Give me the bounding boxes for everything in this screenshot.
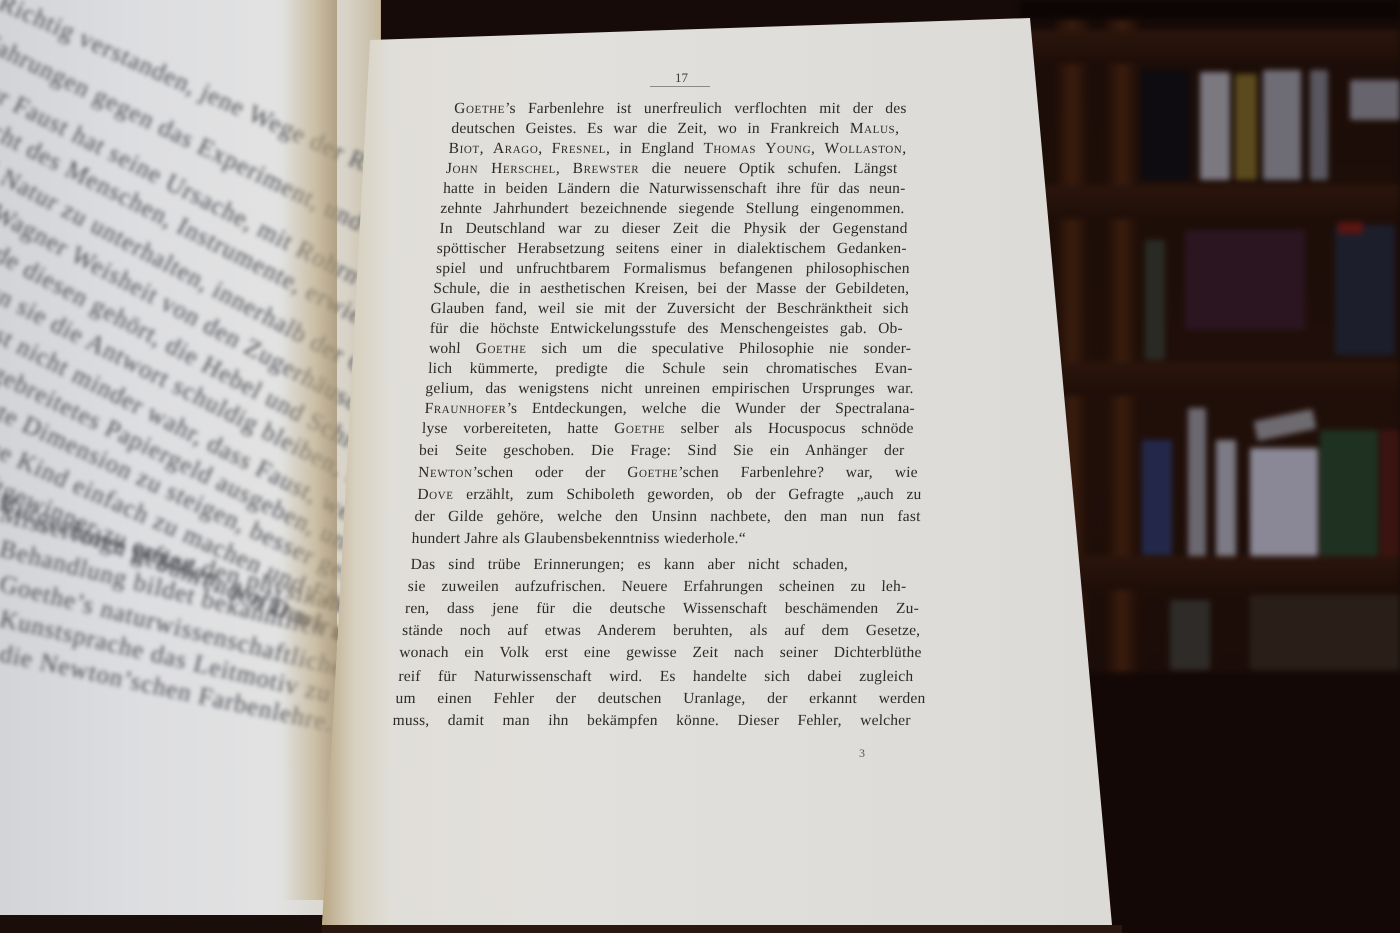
name-smallcaps: Brewster (572, 160, 639, 177)
book-spine (1254, 409, 1317, 441)
text-line: hatte in beiden Ländern die Naturwissens… (443, 180, 906, 198)
text-run: spiel und unfruchtbarem Formalismus befa… (436, 260, 910, 277)
text-run: hatte in beiden Ländern die Naturwissens… (443, 180, 906, 197)
name-smallcaps: Fraunhofer (424, 400, 507, 417)
text-run: lyse vorbereiteten, hatte (422, 420, 615, 437)
text-line: Das sind trübe Erinnerungen; es kann abe… (410, 556, 848, 574)
book-spine (1188, 408, 1206, 556)
text-line: bei Seite geschoben. Die Frage: Sind Sie… (419, 442, 905, 460)
shelf-board (1020, 185, 1400, 219)
name-smallcaps: Thomas Young (703, 140, 811, 157)
name-smallcaps: Goethe (627, 464, 678, 481)
text-line: für die höchste Entwickelungsstufe des M… (429, 320, 903, 338)
text-line: um einen Fehler der deutschen Uranlage, … (395, 690, 926, 708)
text-run: reif für Naturwissenschaft wird. Es hand… (398, 668, 914, 685)
name-smallcaps: Biot (448, 140, 480, 157)
text-line: ren, dass jene für die deutsche Wissensc… (405, 600, 920, 618)
text-run: Glauben fand, weil sie mit der Zuversich… (430, 300, 909, 317)
text-run: sich um die speculative Philosophie nie … (526, 340, 911, 357)
name-smallcaps: Goethe (614, 420, 665, 437)
left-page-gutter-shadow (282, 0, 337, 900)
text-run: , (556, 160, 573, 177)
text-line: spöttischer Herabsetzung seitens einer i… (436, 240, 907, 258)
book-spine (1380, 430, 1400, 556)
text-run: , (895, 120, 900, 137)
text-line: deutschen Geistes. Es war die Zeit, wo i… (451, 120, 900, 138)
table-edge (322, 925, 1122, 933)
name-smallcaps: Fresnel (551, 140, 606, 157)
text-run: ’s Farbenlehre ist unerfreulich verfloch… (505, 100, 907, 117)
left-page: Richtig verstanden, jene Wege der Regel … (0, 0, 381, 930)
name-smallcaps: Newton (418, 464, 473, 481)
text-run: , in England (606, 140, 704, 157)
book-spine (1216, 440, 1236, 556)
book-spine (1350, 80, 1400, 120)
text-run: ’s Entdeckungen, welche die Wunder der S… (506, 400, 915, 417)
text-run: muss, damit man ihn bekämpfen könne. Die… (392, 712, 911, 729)
text-line: der Gilde gehöre, welche den Unsinn nach… (414, 508, 921, 526)
book-spine (1200, 72, 1230, 180)
name-smallcaps: Goethe (454, 100, 505, 117)
text-line: Schule, die in aesthetischen Kreisen, be… (433, 280, 910, 298)
text-run: wonach ein Volk erst eine gewisse Zeit n… (399, 644, 922, 661)
table-edge-shadow (0, 915, 330, 933)
book-spine (1320, 430, 1378, 556)
book-spine (1335, 225, 1395, 355)
text-line: wonach ein Volk erst eine gewisse Zeit n… (399, 644, 922, 662)
book-spine (1142, 440, 1172, 555)
text-run: die neuere Optik schufen. Längst (639, 160, 898, 177)
text-run: zehnte Jahrhundert bezeichnende siegende… (440, 200, 905, 217)
name-smallcaps: Goethe (475, 340, 526, 357)
text-run: ren, dass jene für die deutsche Wissensc… (405, 600, 920, 617)
name-smallcaps: Dove (417, 486, 454, 503)
text-run: ’schen Farbenlehre? war, wie (678, 464, 918, 481)
name-smallcaps: John Herschel (446, 160, 557, 177)
text-line: hundert Jahre als Glaubensbekenntniss wi… (411, 530, 746, 548)
text-line: gelium, das wenigstens nicht unreinen em… (425, 380, 914, 398)
book-spine (1140, 70, 1190, 180)
book-spine (1338, 222, 1363, 234)
text-run: ’schen oder der (472, 464, 627, 481)
page-number: 17 (675, 70, 688, 86)
text-run: gelium, das wenigstens nicht unreinen em… (425, 380, 914, 397)
text-run: der Gilde gehöre, welche den Unsinn nach… (414, 508, 921, 525)
book-spine (1170, 600, 1210, 670)
text-run: erzählt, zum Schiboleth geworden, ob der… (453, 486, 922, 503)
text-run: spöttischer Herabsetzung seitens einer i… (437, 240, 908, 257)
name-smallcaps: Malus (849, 120, 895, 137)
text-line: wohl Goethe sich um die speculative Phil… (429, 340, 912, 358)
text-line: muss, damit man ihn bekämpfen könne. Die… (392, 712, 911, 730)
book-spine (1310, 70, 1328, 180)
text-run: , (811, 140, 825, 157)
name-smallcaps: Wollaston (824, 140, 903, 157)
text-run: deutschen Geistes. Es war die Zeit, wo i… (451, 120, 850, 137)
text-run: bei Seite geschoben. Die Frage: Sind Sie… (419, 442, 905, 459)
text-line: In Deutschland war zu dieser Zeit die Ph… (439, 220, 908, 238)
text-line: Glauben fand, weil sie mit der Zuversich… (430, 300, 909, 318)
text-line: Goethe’s Farbenlehre ist unerfreulich ve… (454, 100, 907, 118)
text-line: lyse vorbereiteten, hatte Goethe selber … (422, 420, 914, 438)
text-run: wohl (429, 340, 476, 357)
book-spine (1250, 448, 1318, 556)
text-run: selber als Hocuspocus schnöde (665, 420, 914, 437)
name-smallcaps: Arago (493, 140, 539, 157)
text-line: stände noch auf etwas Anderem beruhten, … (402, 622, 921, 640)
text-run: stände noch auf etwas Anderem beruhten, … (402, 622, 921, 639)
text-line: sie zuweilen aufzufrischen. Neuere Erfah… (407, 578, 906, 596)
shelf-board (1020, 30, 1400, 64)
page-number-rule (650, 86, 710, 87)
text-run: In Deutschland war zu dieser Zeit die Ph… (439, 220, 908, 237)
text-run: für die höchste Entwickelungsstufe des M… (429, 320, 903, 337)
shelf-board (1020, 362, 1400, 396)
book-spine (1235, 74, 1257, 180)
text-run: , (538, 140, 552, 157)
text-line: reif für Naturwissenschaft wird. Es hand… (398, 668, 914, 686)
text-run: Schule, die in aesthetischen Kreisen, be… (433, 280, 910, 297)
book-spine (1250, 595, 1400, 670)
text-run: hundert Jahre als Glaubensbekenntniss wi… (411, 530, 746, 547)
book-spine (1263, 70, 1301, 180)
text-run: , (479, 140, 493, 157)
signature-mark: 3 (859, 746, 865, 761)
book-spine (1145, 240, 1165, 360)
text-line: spiel und unfruchtbarem Formalismus befa… (436, 260, 910, 278)
book-spine (1185, 230, 1305, 330)
text-run: lich kümmerte, predigte die Schule sein … (428, 360, 913, 377)
text-run: Das sind trübe Erinnerungen; es kann abe… (410, 556, 848, 573)
text-line: John Herschel, Brewster die neuere Optik… (446, 160, 898, 178)
shelf-top-shadow (1020, 0, 1400, 18)
text-line: Dove erzählt, zum Schiboleth geworden, o… (417, 486, 922, 504)
text-run: sie zuweilen aufzufrischen. Neuere Erfah… (408, 578, 907, 595)
text-run: , (902, 140, 907, 157)
text-line: zehnte Jahrhundert bezeichnende siegende… (440, 200, 905, 218)
text-line: lich kümmerte, predigte die Schule sein … (428, 360, 913, 378)
text-run: um einen Fehler der deutschen Uranlage, … (395, 690, 926, 707)
text-line: Fraunhofer’s Entdeckungen, welche die Wu… (424, 400, 915, 418)
text-line: Biot, Arago, Fresnel, in England Thomas … (448, 140, 906, 158)
text-line: Newton’schen oder der Goethe’schen Farbe… (418, 464, 918, 482)
